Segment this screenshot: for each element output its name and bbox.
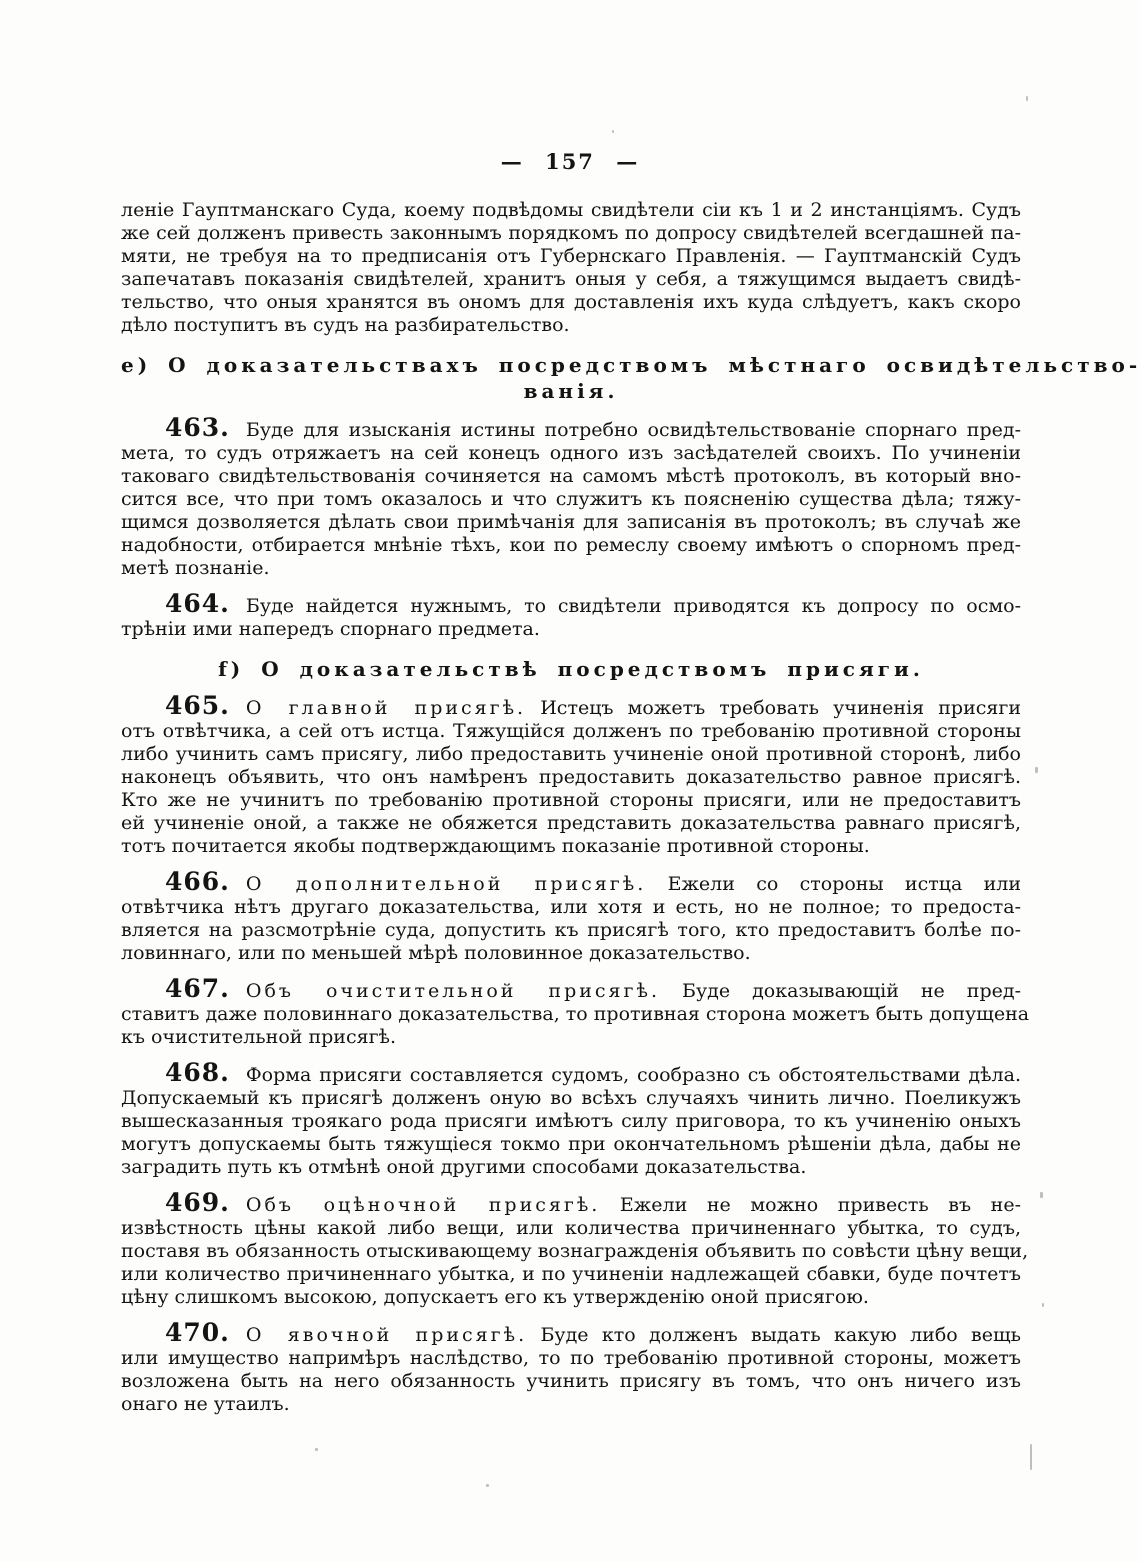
article-number: 469. <box>165 1188 246 1217</box>
text-line: трѣніи ими напередъ спорнаго предмета. <box>121 618 1021 641</box>
text-line: вышесказанныя троякаго рода присяги имѣю… <box>121 1110 1021 1133</box>
text-line: запечатавъ показанія свидѣтелей, хранитъ… <box>121 268 1021 291</box>
text-line: ей учиненіе оной, а также не обяжется пр… <box>121 812 1021 835</box>
text-line: онаго не утаилъ. <box>121 1393 1021 1416</box>
text-line: могутъ допускаемы быть тяжущіеся токмо п… <box>121 1133 1021 1156</box>
text-line: вляется на разсмотрѣніе суда, допустить … <box>121 919 1021 942</box>
text-line: леніе Гауптманскаго Суда, коему подвѣдом… <box>121 199 1021 222</box>
text-line: 468.Форма присяги составляется судомъ, с… <box>121 1061 1021 1087</box>
text-line: Кто же не учинитъ по требованію противно… <box>121 789 1021 812</box>
text-line: 465.О главной присягѣ. Истецъ можетъ тре… <box>121 694 1021 720</box>
text-line: Допускаемый къ присягѣ долженъ оную во в… <box>121 1087 1021 1110</box>
text-line: сится все, что при томъ оказалось и что … <box>121 488 1021 511</box>
text-line: къ очистительной присягѣ. <box>121 1026 1021 1049</box>
article-468: 468.Форма присяги составляется судомъ, с… <box>121 1061 1021 1179</box>
spaced-term: О главной присягѣ. <box>246 697 526 719</box>
section-heading-f: f) О доказательствѣ посредствомъ присяги… <box>121 656 1021 682</box>
text-line: дѣло поступитъ въ судъ на разбирательств… <box>121 314 1021 337</box>
text-line: же сей долженъ привесть законнымъ порядк… <box>121 222 1021 245</box>
article-466: 466.О дополнительной присягѣ. Ежели со с… <box>121 870 1021 965</box>
text-line: метѣ познаніе. <box>121 557 1021 580</box>
text-line: 469.Объ оцѣночной присягѣ. Ежели не можн… <box>121 1191 1021 1217</box>
text-line: 463.Буде для изысканія истины потребно о… <box>121 416 1021 442</box>
scan-speck <box>1030 1444 1032 1470</box>
document-page: — 157 — леніе Гауптманскаго Суда, коему … <box>0 0 1140 1562</box>
article-number: 463. <box>165 413 246 442</box>
scan-speck <box>1035 767 1038 773</box>
text-line: тотъ почитается якобы подтверждающимъ по… <box>121 835 1021 858</box>
text-line: мета, то судъ отряжаетъ на сей конецъ од… <box>121 442 1021 465</box>
text-line: 467.Объ очистительной присягѣ. Буде дока… <box>121 977 1021 1003</box>
spaced-term: Объ оцѣночной присягѣ. <box>246 1194 600 1216</box>
text-line: мяти, не требуя на то предписанія отъ Гу… <box>121 245 1021 268</box>
article-470: 470.О явочной присягѣ. Буде кто долженъ … <box>121 1321 1021 1416</box>
section-heading-e: е) О доказательствахъ посредствомъ мѣстн… <box>121 352 1021 404</box>
text-line: цѣну слишкомъ высокою, допускаетъ его къ… <box>121 1286 1021 1309</box>
scan-speck <box>486 1484 489 1487</box>
text-line: 470.О явочной присягѣ. Буде кто долженъ … <box>121 1321 1021 1347</box>
text-line: ванія. <box>121 378 1021 404</box>
text-line: отъ отвѣтчика, а сей отъ истца. Тяжущійс… <box>121 720 1021 743</box>
spaced-term: О явочной присягѣ. <box>246 1324 527 1346</box>
text-line: заградить путь къ отмѣнѣ оной другими сп… <box>121 1156 1021 1179</box>
article-463: 463.Буде для изысканія истины потребно о… <box>121 416 1021 580</box>
spaced-term: Объ очистительной присягѣ. <box>246 980 660 1002</box>
text-line: ставитъ даже половиннаго доказательства,… <box>121 1003 1021 1026</box>
article-467: 467.Объ очистительной присягѣ. Буде дока… <box>121 977 1021 1049</box>
text-line: или имущество напримѣръ наслѣдство, то п… <box>121 1347 1021 1370</box>
text-line: либо учинить самъ присягу, либо предоста… <box>121 743 1021 766</box>
text-line: поставя въ обязанность отыскивающему воз… <box>121 1240 1021 1263</box>
article-465: 465.О главной присягѣ. Истецъ можетъ тре… <box>121 694 1021 858</box>
text-line: возложена быть на него обязанность учини… <box>121 1370 1021 1393</box>
article-number: 467. <box>165 974 246 1003</box>
text-line: надобности, отбирается мнѣніе тѣхъ, кои … <box>121 534 1021 557</box>
article-number: 465. <box>165 691 246 720</box>
text-line: таковаго свидѣтельствованія сочиняется н… <box>121 465 1021 488</box>
text-line: щимся дозволяется дѣлать свои примѣчанія… <box>121 511 1021 534</box>
page-content: леніе Гауптманскаго Суда, коему подвѣдом… <box>121 199 1021 1416</box>
scan-speck <box>1026 96 1028 101</box>
scan-speck <box>315 1448 318 1451</box>
page-number: — 157 — <box>0 149 1140 175</box>
text-line: отвѣтчика нѣтъ другаго доказательства, и… <box>121 896 1021 919</box>
scan-speck <box>1042 1303 1044 1307</box>
text-line: е) О доказательствахъ посредствомъ мѣстн… <box>121 352 1021 378</box>
text-line: или количество причиненнаго убытка, и по… <box>121 1263 1021 1286</box>
paragraph-continuation: леніе Гауптманскаго Суда, коему подвѣдом… <box>121 199 1021 337</box>
text-line: тельство, что оныя хранятся въ ономъ для… <box>121 291 1021 314</box>
article-number: 468. <box>165 1058 246 1087</box>
text-line: наконецъ объявить, что онъ намѣренъ пред… <box>121 766 1021 789</box>
scan-speck <box>612 130 614 133</box>
article-464: 464.Буде найдется нужнымъ, то свидѣтели … <box>121 592 1021 641</box>
article-number: 466. <box>165 867 246 896</box>
article-number: 464. <box>165 589 246 618</box>
text-line: 464.Буде найдется нужнымъ, то свидѣтели … <box>121 592 1021 618</box>
text-line: извѣстность цѣны какой либо вещи, или ко… <box>121 1217 1021 1240</box>
scan-speck <box>1040 1192 1043 1198</box>
spaced-term: О дополнительной присягѣ. <box>246 873 646 895</box>
text-line: 466.О дополнительной присягѣ. Ежели со с… <box>121 870 1021 896</box>
text-line: ловиннаго, или по меньшей мѣрѣ половинно… <box>121 942 1021 965</box>
article-number: 470. <box>165 1318 246 1347</box>
text-line: f) О доказательствѣ посредствомъ присяги… <box>121 656 1021 682</box>
article-469: 469.Объ оцѣночной присягѣ. Ежели не можн… <box>121 1191 1021 1309</box>
